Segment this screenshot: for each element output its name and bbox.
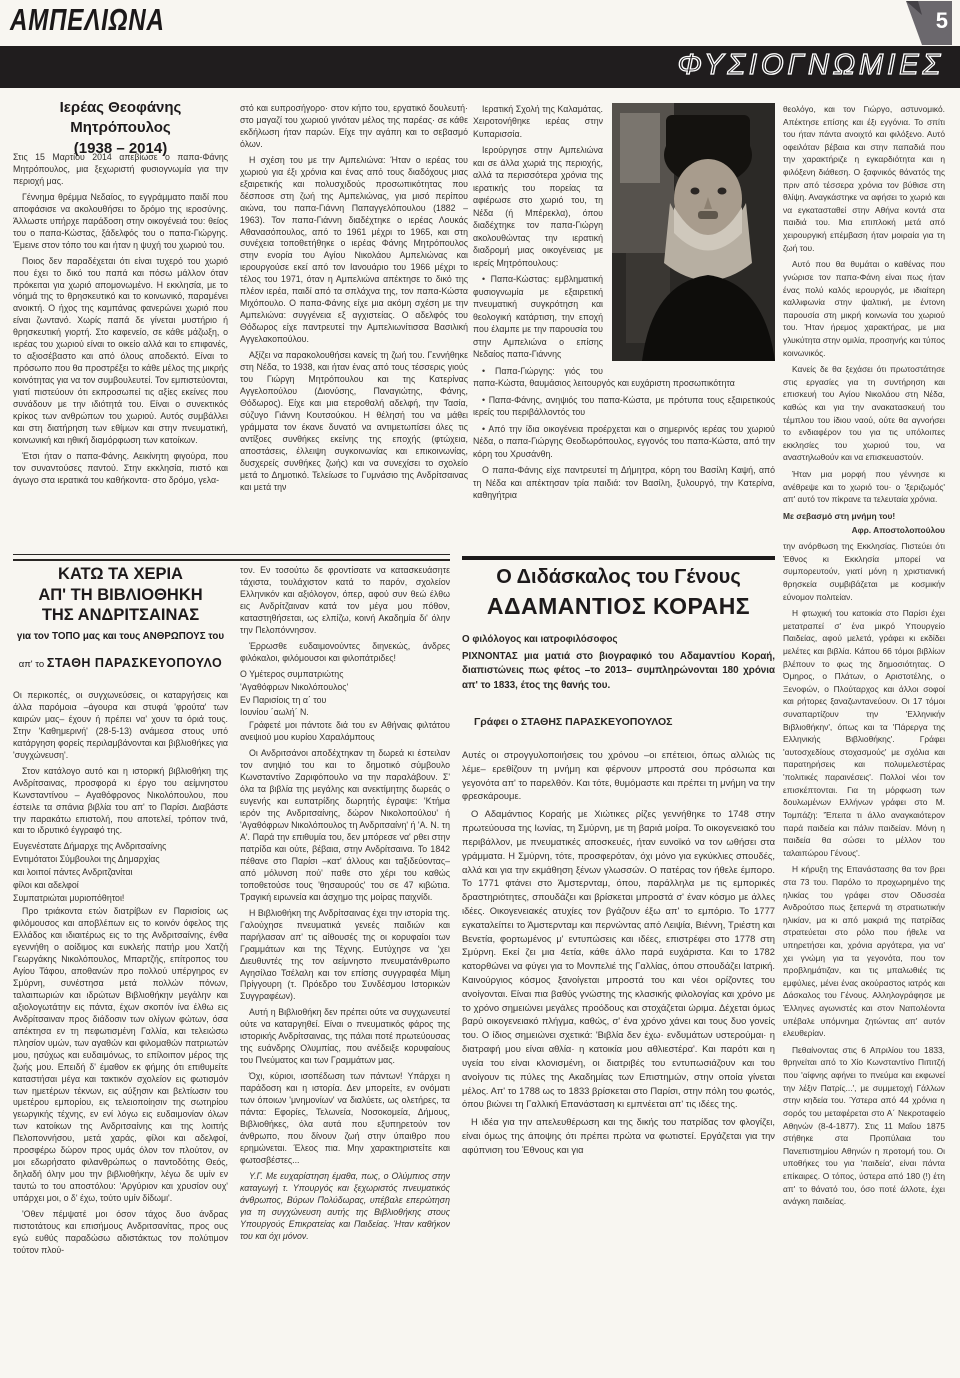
page-number: 5: [936, 8, 948, 34]
korais-lead: Ο φιλόλογος και ιατροφιλόσοφος ΡΙΧΝΟΝΤΑΣ…: [462, 633, 775, 693]
paragraph: Έτσι ήταν ο παπα-Φάνης. Αεικίνητη φιγούρ…: [13, 451, 228, 487]
library-headline-line1: ΚΑΤΩ ΤΑ ΧΕΡΙΑ: [13, 564, 228, 585]
paragraph: στό και ευπροσήγορο· στον κήπο του, εργα…: [240, 103, 468, 151]
paragraph: Στον κατάλογο αυτό και η ιστορική βιβλιο…: [13, 766, 228, 838]
library-subtitle: για τον ΤΟΠΟ μας και τους ΑΝΘΡΩΠΟΥΣ του: [13, 631, 228, 642]
paragraph: • Παπα-Φάνης, ανηψιός του παπα-Κώστα, με…: [473, 394, 775, 419]
paragraph: Η σχέση του με την Αμπελιώνα: Ήταν ο ιερ…: [240, 155, 468, 346]
paragraph: Η Βιβλιοθήκη της Ανδρίτσαινας έχει την ι…: [240, 908, 450, 1004]
right-column: θεολόγο, και τον Γιώργο, αστυνομικό. Απέ…: [783, 103, 945, 1375]
paragraph: Γράφετέ μοι πάντοτε διά του εν Αθήναις φ…: [240, 720, 450, 744]
korais-column-6-text: την ανόρθωση της Εκκλησίας. Πιστεύει ότι…: [783, 540, 945, 1208]
paragraph: Η ιδέα για την απελευθέρωση και της δική…: [462, 1115, 775, 1156]
paragraph: Η φτωχική του κατοικία στο Παρίσι έχει μ…: [783, 607, 945, 859]
paragraph: Εντιμότατοι Σύμβουλοι της Δημαρχίας: [13, 854, 228, 866]
paragraph: φίλοι και αδελφοί: [13, 880, 228, 892]
obituary-column-2: στό και ευπροσήγορο· στον κήπο του, εργα…: [240, 103, 468, 553]
library-headline-block: ΚΑΤΩ ΤΑ ΧΕΡΙΑ ΑΠ' ΤΗ ΒΙΒΛΙΟΘΗΚΗ ΤΗΣ ΑΝΔΡ…: [13, 564, 228, 670]
paragraph: Όχι, κύριοι, ισοπέδωση των πάντων! Υπάρχ…: [240, 1071, 450, 1167]
obituary-closing: Με σεβασμό στη μνήμη του!: [783, 510, 945, 523]
section-banner: ΦΥΣΙΟΓΝΩΜΙΕΣ: [0, 46, 960, 88]
paragraph: Οι περικοπές, οι συγχωνεύσεις, οι καταργ…: [13, 690, 228, 762]
paragraph: Ο παπα-Φάνης είχε παντρευτεί τη Δήμητρα,…: [473, 464, 775, 501]
paragraph: 'Αγαθόφρων Νικολόπουλος': [240, 682, 450, 694]
paragraph: Εν Παρισίοις τη α΄ του: [240, 695, 450, 707]
paragraph: θεολόγο, και τον Γιώργο, αστυνομικό. Απέ…: [783, 103, 945, 254]
obituary-column-3: Ιερατική Σχολή της Καλαμάτας. Χειροτονήθ…: [473, 103, 775, 555]
paragraph: Αυτές οι στρογγυλοποιήσεις του χρόνου –ο…: [462, 748, 775, 803]
library-headline-line3: ΤΗΣ ΑΝΔΡΙΤΣΑΙΝΑΣ: [13, 605, 228, 626]
paragraph: Συμπατριώται μυριοπόθητοι!: [13, 893, 228, 905]
paragraph: Ο Υμέτερος συμπατριώτης: [240, 669, 450, 681]
priest-portrait-photo: [612, 103, 775, 361]
obituary-title-name: Ιερέας Θεοφάνης Μητρόπουλος: [13, 98, 228, 139]
korais-title: Ο Διδάσκαλος του Γένους: [462, 566, 775, 589]
paragraph: Κανείς δε θα ξεχάσει ότι πρωτοστάτησε στ…: [783, 363, 945, 464]
paragraph: • Παπα-Γιώργης: γιός του παπα-Κώστα, θαυ…: [473, 365, 775, 390]
paragraph: Αξίζει να παρακολουθήσει κανείς τη ζωή τ…: [240, 350, 468, 493]
obituary-signature: Αφρ. Αποστολοπούλου: [783, 524, 945, 537]
paragraph: τον. Εν τοσούτω δε φροντίσατε να κατασκε…: [240, 565, 450, 637]
paragraph: Στις 15 Μαρτίου 2014 απεβίωσε ο παπα-Φάν…: [13, 152, 228, 188]
obituary-column-6-text: θεολόγο, και τον Γιώργο, αστυνομικό. Απέ…: [783, 103, 945, 506]
paragraph: Αυτή η Βιβλιοθήκη δεν πρέπει ούτε να συγ…: [240, 1007, 450, 1067]
paragraph: • Από την ίδια οικογένεια προέρχεται και…: [473, 423, 775, 460]
library-byline-name: ΣΤΑΘΗ ΠΑΡΑΣΚΕΥΟΠΟΥΛΟ: [47, 656, 222, 670]
library-byline: απ' το ΣΤΑΘΗ ΠΑΡΑΣΚΕΥΟΠΟΥΛΟ: [13, 656, 228, 670]
newspaper-page: ΑΜΠΕΛΙΩΝΑ 5 ΦΥΣΙΟΓΝΩΜΙΕΣ Ιερέας Θεοφάνης…: [0, 0, 960, 1378]
library-byline-prefix: απ' το: [19, 659, 44, 670]
paragraph: Ποιος δεν παραδέχεται ότι είναι τυχερό τ…: [13, 256, 228, 447]
library-column-2: τον. Εν τοσούτω δε φροντίσατε να κατασκε…: [240, 565, 450, 1378]
korais-byline: Γράφει ο ΣΤΑΘΗΣ ΠΑΡΑΣΚΕΥΟΠΟΥΛΟΣ: [474, 716, 774, 728]
section-divider-rule: [13, 554, 450, 561]
korais-lead-role: Ο φιλόλογος και ιατροφιλόσοφος: [462, 633, 775, 647]
paragraph: Υ.Γ. Με ευχαρίστηση έμαθα, πως, ο Ολύμπι…: [240, 1171, 450, 1243]
masthead-title: ΑΜΠΕΛΙΩΝΑ: [10, 2, 165, 38]
paragraph: Αυτό που θα θυμάται ο καθένας που γνώρισ…: [783, 258, 945, 359]
korais-headline-block: Ο Διδάσκαλος του Γένους ΑΔΑΜΑΝΤΙΟΣ ΚΟΡΑΗ…: [462, 566, 775, 620]
paragraph: Έρρωσθε ευδαιμονούντες διηνεκώς, άνδρες …: [240, 641, 450, 665]
paragraph: Ήταν μια μορφή που γέννησε κι ανέθρεψε κ…: [783, 468, 945, 506]
section-title: ΦΥΣΙΟΓΝΩΜΙΕΣ: [677, 49, 944, 82]
paragraph: Οι Ανδριτσάνοι αποδέχτηκαν τη δωρεά κι έ…: [240, 748, 450, 903]
library-headline-line2: ΑΠ' ΤΗ ΒΙΒΛΙΟΘΗΚΗ: [13, 585, 228, 606]
paragraph: Προ τριάκοντα ετών διατρίβων εν Παρισίοι…: [13, 906, 228, 1205]
paragraph: Ο Αδαμάντιος Κοραής με Χιώτικες ρίζες γε…: [462, 807, 775, 1111]
paragraph: Ευγενέστατε Δήμαρχε της Ανδριτσαίνης: [13, 841, 228, 853]
korais-name: ΑΔΑΜΑΝΤΙΟΣ ΚΟΡΑΗΣ: [462, 593, 775, 620]
library-column-1: Οι περικοπές, οι συγχωνεύσεις, οι καταργ…: [13, 690, 228, 1378]
korais-lead-text: ΡΙΧΝΟΝΤΑΣ μια ματιά στο βιογραφικό του Α…: [462, 650, 775, 693]
paragraph: 'Οθεν πέμψατέ μοι όσον τάχος δυο άνδρας …: [13, 1209, 228, 1257]
paragraph: Ιουνίου ΄αωλή΄ Ν.: [240, 707, 450, 719]
paragraph: και λοιποί πάντες Ανδριτζανίται: [13, 867, 228, 879]
paragraph: Η κήρυξη της Επανάστασης θα τον βρει στα…: [783, 863, 945, 1040]
obituary-column-1: Στις 15 Μαρτίου 2014 απεβίωσε ο παπα-Φάν…: [13, 152, 228, 554]
paragraph: την ανόρθωση της Εκκλησίας. Πιστεύει ότι…: [783, 540, 945, 603]
korais-body: Αυτές οι στρογγυλοποιήσεις του χρόνου –ο…: [462, 748, 775, 1378]
obituary-title: Ιερέας Θεοφάνης Μητρόπουλος (1938 – 2014…: [13, 98, 228, 159]
paragraph: Πεθαίνοντας στις 6 Απριλίου του 1833, θρ…: [783, 1044, 945, 1208]
korais-divider-rule: [462, 556, 775, 560]
paragraph: Γέννημα θρέμμα Νεδαίος, το εγγράμματο πα…: [13, 192, 228, 252]
